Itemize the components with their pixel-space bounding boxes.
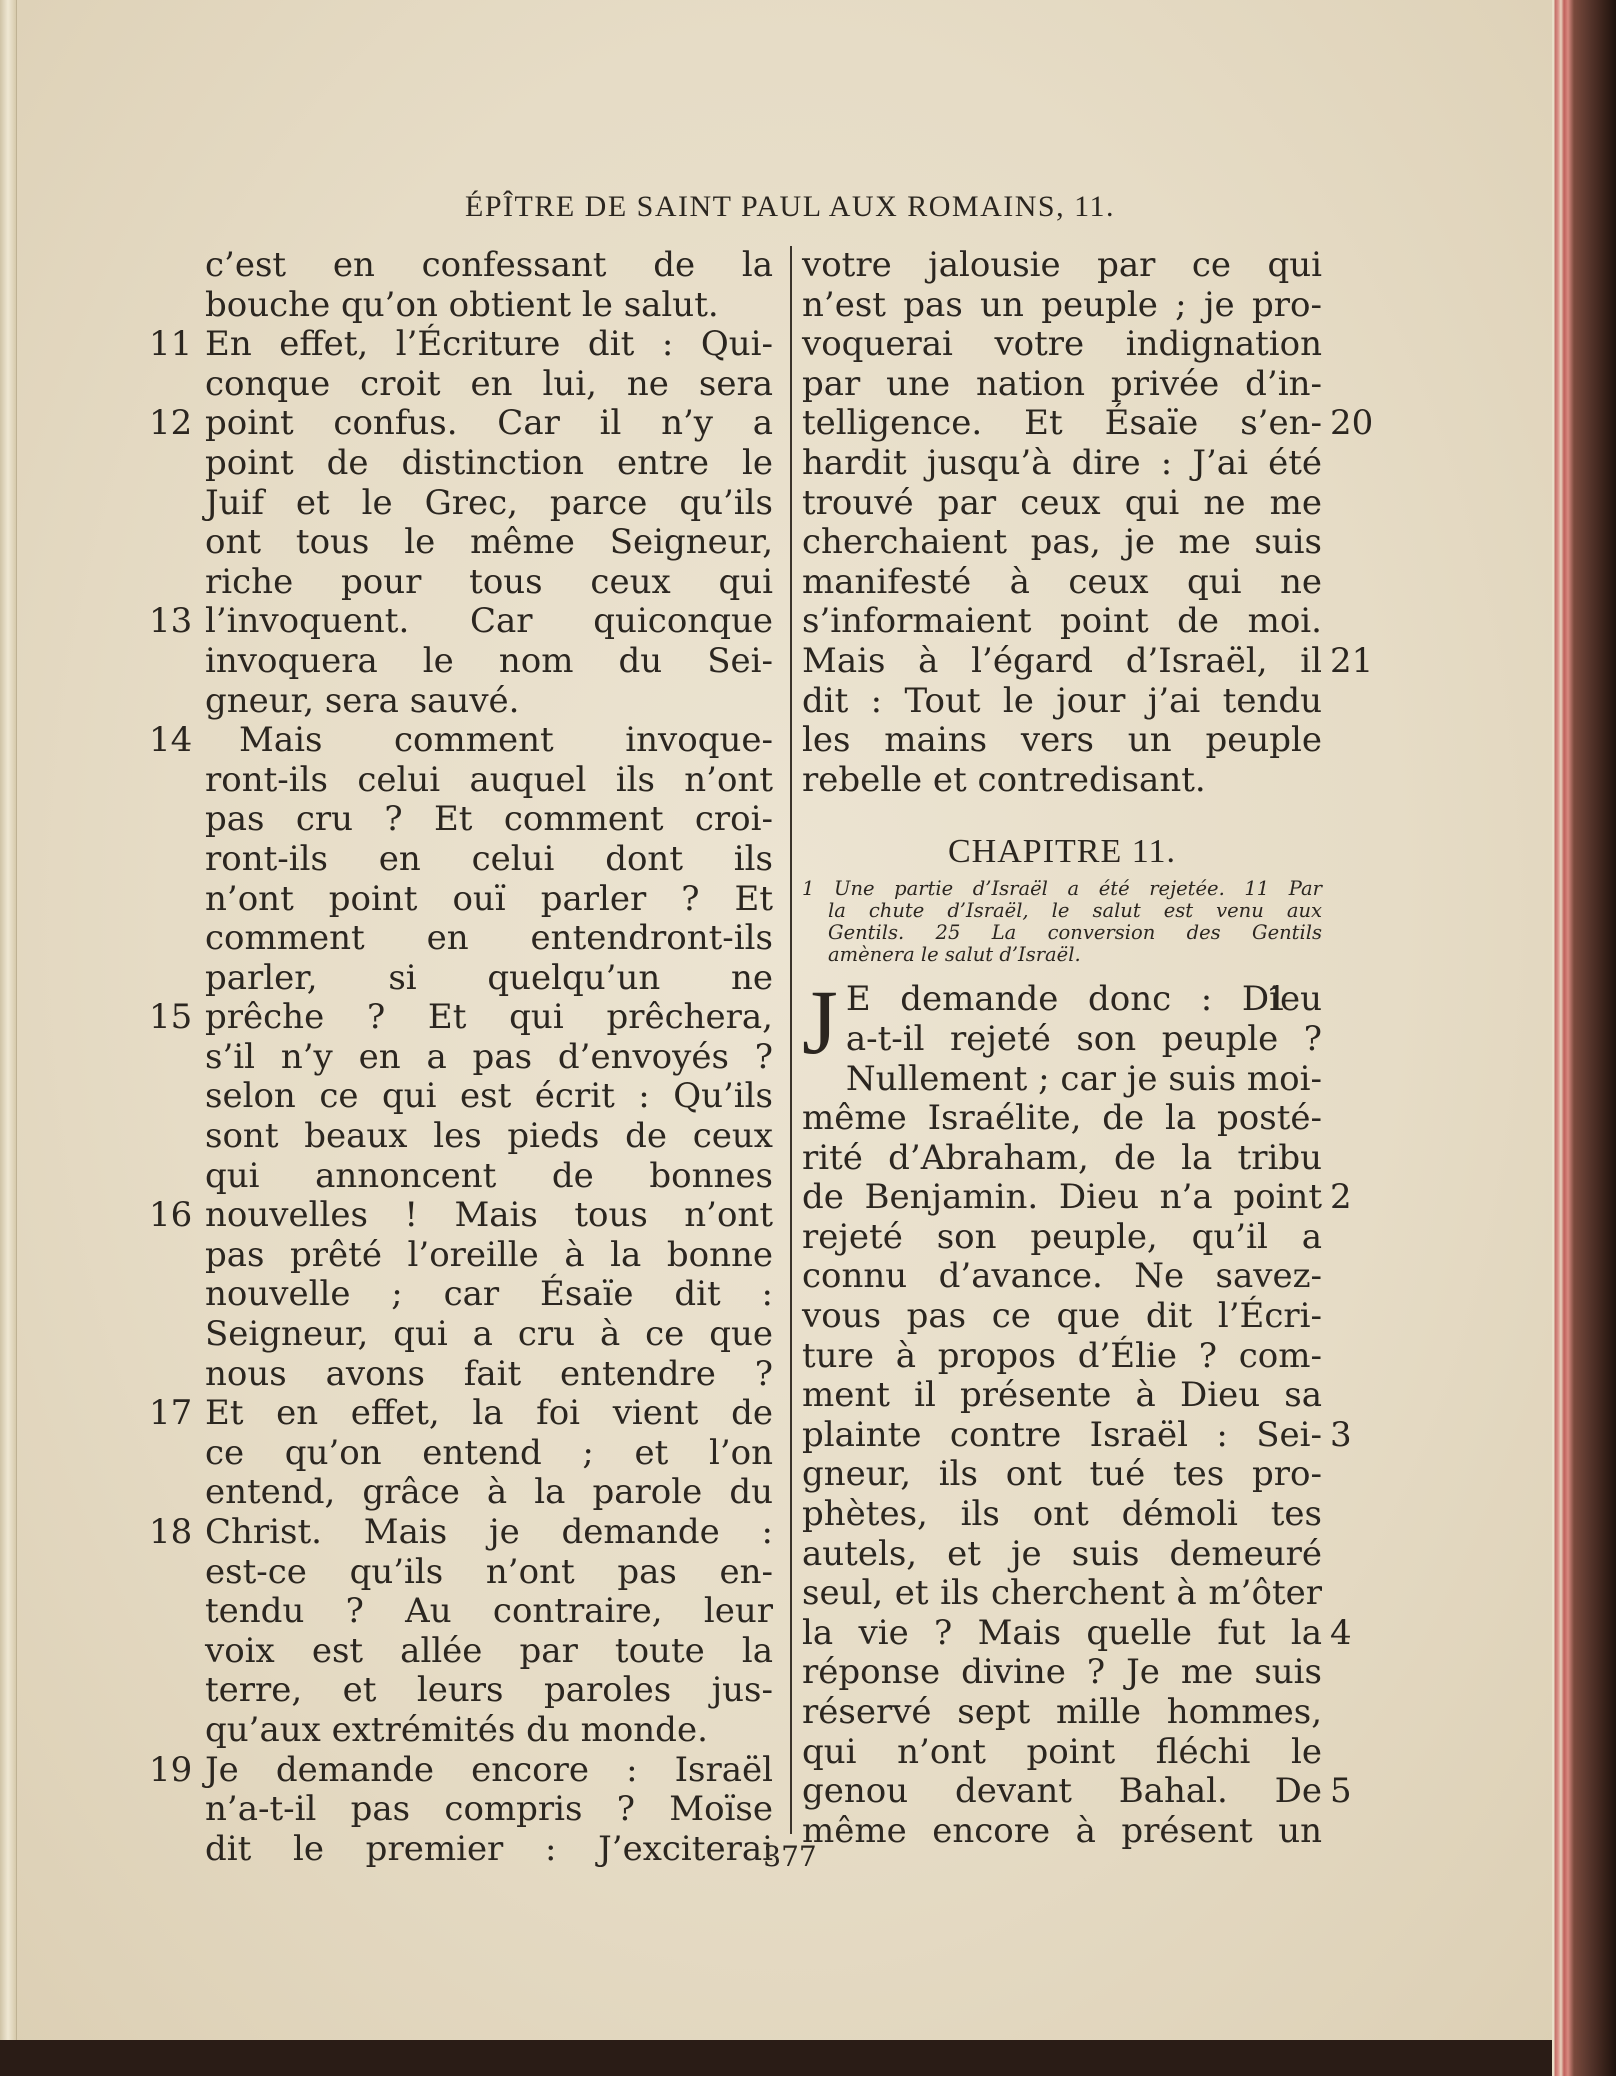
line-text: gneur, sera sauvé. bbox=[205, 681, 519, 721]
text-line: l’invoquent. Car quiconque13 bbox=[205, 602, 773, 642]
line-text: qui annoncent de bonnes bbox=[205, 1156, 773, 1196]
line-text: rité d’Abraham, de la tribu bbox=[802, 1138, 1322, 1178]
text-line: point de distinction entre le bbox=[205, 444, 773, 484]
verse-number: 16 bbox=[149, 1196, 199, 1236]
line-text: qui n’ont point fléchi le bbox=[802, 1732, 1322, 1772]
line-text: comment en entendront-ils bbox=[205, 918, 773, 958]
line-text: réponse divine ? Je me suis bbox=[802, 1652, 1322, 1692]
text-line: est-ce qu’ils n’ont pas en- bbox=[205, 1553, 773, 1593]
text-line: conque croit en lui, ne sera bbox=[205, 365, 773, 405]
column-divider bbox=[790, 246, 792, 1834]
line-text: s’informaient point de moi. bbox=[802, 601, 1322, 641]
text-line: ront-ils celui auquel ils n’ont bbox=[205, 761, 773, 801]
text-line: Mais à l’égard d’Israël, il21 bbox=[802, 642, 1322, 682]
line-text: point de distinction entre le bbox=[205, 443, 773, 483]
verse-number: 20 bbox=[1330, 404, 1390, 444]
summary-line: amènera le salut d’Israël. bbox=[802, 944, 1322, 966]
text-line: Christ. Mais je demande :18 bbox=[205, 1513, 773, 1553]
text-line: même encore à présent un bbox=[802, 1812, 1322, 1852]
line-text: riche pour tous ceux qui bbox=[205, 562, 773, 602]
verse-number: 11 bbox=[149, 325, 199, 365]
line-text: Nullement ; car je suis moi- bbox=[846, 1059, 1322, 1099]
text-line: ture à propos d’Élie ? com- bbox=[802, 1337, 1322, 1377]
chapter-title: CHAPITRE 11. bbox=[802, 832, 1322, 878]
line-text: voix est allée par toute la bbox=[205, 1631, 773, 1671]
text-line: qui annoncent de bonnes bbox=[205, 1157, 773, 1197]
binding-edge bbox=[0, 0, 17, 2040]
text-line: voquerai votre indignation bbox=[802, 325, 1322, 365]
line-text: sont beaux les pieds de ceux bbox=[205, 1116, 773, 1156]
verse-number: 21 bbox=[1330, 642, 1390, 682]
text-line: ront-ils en celui dont ils bbox=[205, 840, 773, 880]
text-line: manifesté à ceux qui ne bbox=[802, 563, 1322, 603]
verse-number: 4 bbox=[1330, 1614, 1390, 1654]
line-text: En effet, l’Écriture dit : Qui- bbox=[205, 324, 773, 364]
line-text: parler, si quelqu’un ne bbox=[205, 958, 773, 998]
text-line: ment il présente à Dieu sa bbox=[802, 1376, 1322, 1416]
line-text: même encore à présent un bbox=[802, 1811, 1322, 1851]
line-text: pas prêté l’oreille à la bonne bbox=[205, 1235, 773, 1275]
text-line: vous pas ce que dit l’Écri- bbox=[802, 1297, 1322, 1337]
line-text: rebelle et contredisant. bbox=[802, 760, 1206, 800]
text-line: qu’aux extrémités du monde. bbox=[205, 1711, 773, 1751]
line-text: Mais comment invoque- bbox=[239, 720, 773, 760]
text-line: entend, grâce à la parole du bbox=[205, 1473, 773, 1513]
line-text: rejeté son peuple, qu’il a bbox=[802, 1217, 1322, 1257]
verse-number: 15 bbox=[149, 998, 199, 1038]
line-text: par une nation privée d’in- bbox=[802, 364, 1322, 404]
text-line: s’il n’y en a pas d’envoyés ? bbox=[205, 1038, 773, 1078]
line-text: Je demande encore : Israël bbox=[205, 1750, 773, 1790]
text-line: connu d’avance. Ne savez- bbox=[802, 1257, 1322, 1297]
line-text: terre, et leurs paroles jus- bbox=[205, 1670, 773, 1710]
text-line: dit le premier : J’exciterai bbox=[205, 1830, 773, 1870]
line-text: E demande donc : Dieu bbox=[846, 979, 1322, 1019]
line-text: point confus. Car il n’y a bbox=[205, 403, 773, 443]
page-number: 377 bbox=[740, 1840, 840, 1873]
left-column: c’est en confessant de labouche qu’on ob… bbox=[205, 246, 773, 1869]
line-text: telligence. Et Ésaïe s’en- bbox=[802, 403, 1322, 443]
text-line: gneur, ils ont tué tes pro- bbox=[802, 1455, 1322, 1495]
verse-number: 13 bbox=[149, 602, 199, 642]
text-line: seul, et ils cherchent à m’ôter bbox=[802, 1574, 1322, 1614]
verse-number: 19 bbox=[149, 1751, 199, 1791]
line-text: c’est en confessant de la bbox=[205, 245, 773, 285]
line-text: plainte contre Israël : Sei- bbox=[802, 1415, 1322, 1455]
line-text: dit le premier : J’exciterai bbox=[205, 1829, 773, 1869]
text-line: Mais comment invoque-14 bbox=[205, 721, 773, 761]
line-text: a-t-il rejeté son peuple ? bbox=[846, 1019, 1322, 1059]
text-line: par une nation privée d’in- bbox=[802, 365, 1322, 405]
line-text: prêche ? Et qui prêchera, bbox=[205, 997, 773, 1037]
line-text: manifesté à ceux qui ne bbox=[802, 562, 1322, 602]
text-line: prêche ? Et qui prêchera,15 bbox=[205, 998, 773, 1038]
text-line: comment en entendront-ils bbox=[205, 919, 773, 959]
text-line: invoquera le nom du Sei- bbox=[205, 642, 773, 682]
text-line: ce qu’on entend ; et l’on bbox=[205, 1434, 773, 1474]
line-text: invoquera le nom du Sei- bbox=[205, 641, 773, 681]
line-text: nouvelle ; car Ésaïe dit : bbox=[205, 1274, 773, 1314]
line-text: ront-ils celui auquel ils n’ont bbox=[205, 760, 773, 800]
line-text: connu d’avance. Ne savez- bbox=[802, 1256, 1322, 1296]
line-text: Christ. Mais je demande : bbox=[205, 1512, 773, 1552]
line-text: pas cru ? Et comment croi- bbox=[205, 799, 773, 839]
text-line: phètes, ils ont démoli tes bbox=[802, 1495, 1322, 1535]
line-text: n’a-t-il pas compris ? Moïse bbox=[205, 1789, 773, 1829]
text-line: les mains vers un peuple bbox=[802, 721, 1322, 761]
line-text: Seigneur, qui a cru à ce que bbox=[205, 1314, 773, 1354]
line-text: Juif et le Grec, parce qu’ils bbox=[205, 483, 773, 523]
right-column: votre jalousie par ce quin’est pas un pe… bbox=[802, 246, 1322, 1851]
book-page: ÉPÎTRE DE SAINT PAUL AUX ROMAINS, 11. c’… bbox=[0, 0, 1568, 2040]
text-line: bouche qu’on obtient le salut. bbox=[205, 286, 773, 326]
verse-number: 14 bbox=[149, 721, 199, 761]
text-line: votre jalousie par ce qui bbox=[802, 246, 1322, 286]
verse-number: 17 bbox=[149, 1394, 199, 1434]
line-text: hardit jusqu’à dire : J’ai été bbox=[802, 443, 1322, 483]
text-line: réservé sept mille hommes, bbox=[802, 1693, 1322, 1733]
text-line: genou devant Bahal. De5 bbox=[802, 1772, 1322, 1812]
line-text: la vie ? Mais quelle fut la bbox=[802, 1613, 1322, 1653]
line-text: tendu ? Au contraire, leur bbox=[205, 1591, 773, 1631]
line-text: qu’aux extrémités du monde. bbox=[205, 1710, 708, 1750]
text-line: tendu ? Au contraire, leur bbox=[205, 1592, 773, 1632]
line-text: ture à propos d’Élie ? com- bbox=[802, 1336, 1322, 1376]
text-line: nouvelles ! Mais tous n’ont16 bbox=[205, 1196, 773, 1236]
text-line: gneur, sera sauvé. bbox=[205, 682, 773, 722]
line-text: s’il n’y en a pas d’envoyés ? bbox=[205, 1037, 773, 1077]
text-line: hardit jusqu’à dire : J’ai été bbox=[802, 444, 1322, 484]
line-text: seul, et ils cherchent à m’ôter bbox=[802, 1573, 1322, 1613]
text-line: n’a-t-il pas compris ? Moïse bbox=[205, 1790, 773, 1830]
text-line: qui n’ont point fléchi le bbox=[802, 1733, 1322, 1773]
text-line: n’ont point ouï parler ? Et bbox=[205, 880, 773, 920]
line-text: n’ont point ouï parler ? Et bbox=[205, 879, 773, 919]
line-text: l’invoquent. Car quiconque bbox=[205, 601, 773, 641]
line-text: autels, et je suis demeuré bbox=[802, 1534, 1322, 1574]
text-line: autels, et je suis demeuré bbox=[802, 1535, 1322, 1575]
verse-number: 18 bbox=[149, 1513, 199, 1553]
text-line: dit : Tout le jour j’ai tendu bbox=[802, 682, 1322, 722]
text-line: a-t-il rejeté son peuple ? bbox=[802, 1020, 1322, 1060]
text-line: pas cru ? Et comment croi- bbox=[205, 800, 773, 840]
line-text: voquerai votre indignation bbox=[802, 324, 1322, 364]
text-line: rebelle et contredisant. bbox=[802, 761, 1322, 801]
line-text: réservé sept mille hommes, bbox=[802, 1692, 1322, 1732]
text-line: terre, et leurs paroles jus- bbox=[205, 1671, 773, 1711]
text-line: c’est en confessant de la bbox=[205, 246, 773, 286]
page-edges bbox=[1552, 0, 1616, 2076]
verse-number: 12 bbox=[149, 404, 199, 444]
line-text: Mais à l’égard d’Israël, il bbox=[802, 641, 1322, 681]
text-line: parler, si quelqu’un ne bbox=[205, 959, 773, 999]
verse-number: 3 bbox=[1330, 1416, 1390, 1456]
chapter-summary: 1 Une partie d’Israël a été rejetée. 11 … bbox=[802, 878, 1322, 966]
line-text: de Benjamin. Dieu n’a point bbox=[802, 1177, 1322, 1217]
line-text: bouche qu’on obtient le salut. bbox=[205, 285, 719, 325]
text-line: E demande donc : Dieu1 bbox=[802, 980, 1322, 1020]
line-text: même Israélite, de la posté- bbox=[802, 1098, 1322, 1138]
line-text: vous pas ce que dit l’Écri- bbox=[802, 1296, 1322, 1336]
summary-line: 1 Une partie d’Israël a été rejetée. 11 … bbox=[802, 878, 1322, 900]
text-line: sont beaux les pieds de ceux bbox=[205, 1117, 773, 1157]
verse-number: 5 bbox=[1330, 1772, 1390, 1812]
line-text: ont tous le même Seigneur, bbox=[205, 522, 773, 562]
line-text: ce qu’on entend ; et l’on bbox=[205, 1433, 773, 1473]
running-head: ÉPÎTRE DE SAINT PAUL AUX ROMAINS, 11. bbox=[340, 190, 1240, 224]
text-line: cherchaient pas, je me suis bbox=[802, 523, 1322, 563]
line-text: ment il présente à Dieu sa bbox=[802, 1375, 1322, 1415]
line-text: votre jalousie par ce qui bbox=[802, 245, 1322, 285]
line-text: Et en effet, la foi vient de bbox=[205, 1393, 773, 1433]
text-line: Juif et le Grec, parce qu’ils bbox=[205, 484, 773, 524]
text-line: rejeté son peuple, qu’il a bbox=[802, 1218, 1322, 1258]
line-text: genou devant Bahal. De bbox=[802, 1771, 1322, 1811]
text-line: point confus. Car il n’y a12 bbox=[205, 404, 773, 444]
line-text: phètes, ils ont démoli tes bbox=[802, 1494, 1322, 1534]
text-line: En effet, l’Écriture dit : Qui-11 bbox=[205, 325, 773, 365]
line-text: ront-ils en celui dont ils bbox=[205, 839, 773, 879]
text-line: s’informaient point de moi. bbox=[802, 602, 1322, 642]
line-text: entend, grâce à la parole du bbox=[205, 1472, 773, 1512]
summary-line: Gentils. 25 La conversion des Gentils bbox=[802, 922, 1322, 944]
line-text: n’est pas un peuple ; je pro- bbox=[802, 285, 1322, 325]
line-text: les mains vers un peuple bbox=[802, 720, 1322, 760]
text-line: ont tous le même Seigneur, bbox=[205, 523, 773, 563]
verse-number: 1 bbox=[1266, 980, 1326, 1020]
text-line: Nullement ; car je suis moi- bbox=[802, 1060, 1322, 1100]
text-line: selon ce qui est écrit : Qu’ils bbox=[205, 1077, 773, 1117]
text-line: rité d’Abraham, de la tribu bbox=[802, 1139, 1322, 1179]
text-line: telligence. Et Ésaïe s’en-20 bbox=[802, 404, 1322, 444]
line-text: gneur, ils ont tué tes pro- bbox=[802, 1454, 1322, 1494]
summary-line: la chute d’Israël, le salut est venu aux bbox=[802, 900, 1322, 922]
text-line: réponse divine ? Je me suis bbox=[802, 1653, 1322, 1693]
text-line: riche pour tous ceux qui bbox=[205, 563, 773, 603]
text-line: nous avons fait entendre ? bbox=[205, 1355, 773, 1395]
line-text: nous avons fait entendre ? bbox=[205, 1354, 773, 1394]
text-line: n’est pas un peuple ; je pro- bbox=[802, 286, 1322, 326]
text-line: voix est allée par toute la bbox=[205, 1632, 773, 1672]
text-line: Et en effet, la foi vient de17 bbox=[205, 1394, 773, 1434]
verse-number: 2 bbox=[1330, 1178, 1390, 1218]
line-text: cherchaient pas, je me suis bbox=[802, 522, 1322, 562]
text-line: Je demande encore : Israël19 bbox=[205, 1751, 773, 1791]
line-text: selon ce qui est écrit : Qu’ils bbox=[205, 1076, 773, 1116]
line-text: dit : Tout le jour j’ai tendu bbox=[802, 681, 1322, 721]
text-line: la vie ? Mais quelle fut la4 bbox=[802, 1614, 1322, 1654]
line-text: trouvé par ceux qui ne me bbox=[802, 483, 1322, 523]
text-line: de Benjamin. Dieu n’a point2 bbox=[802, 1178, 1322, 1218]
text-line: pas prêté l’oreille à la bonne bbox=[205, 1236, 773, 1276]
text-line: Seigneur, qui a cru à ce que bbox=[205, 1315, 773, 1355]
line-text: est-ce qu’ils n’ont pas en- bbox=[205, 1552, 773, 1592]
text-line: nouvelle ; car Ésaïe dit : bbox=[205, 1275, 773, 1315]
text-line: plainte contre Israël : Sei-3 bbox=[802, 1416, 1322, 1456]
text-line: même Israélite, de la posté- bbox=[802, 1099, 1322, 1139]
line-text: nouvelles ! Mais tous n’ont bbox=[205, 1195, 773, 1235]
text-line: trouvé par ceux qui ne me bbox=[802, 484, 1322, 524]
line-text: conque croit en lui, ne sera bbox=[205, 364, 773, 404]
